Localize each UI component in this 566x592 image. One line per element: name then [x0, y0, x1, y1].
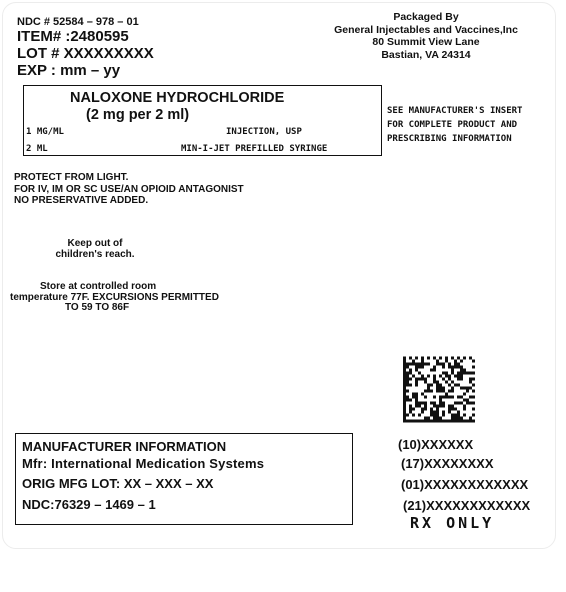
keep-out-line: children's reach. — [40, 249, 150, 260]
keep-out-line: Keep out of — [40, 238, 150, 249]
insert-note: SEE MANUFACTURER'S INSERT FOR COMPLETE P… — [387, 104, 522, 146]
insert-note-line: SEE MANUFACTURER'S INSERT — [387, 104, 522, 118]
packager-info: Packaged By General Injectables and Vacc… — [318, 11, 534, 61]
drug-device: MIN-I-JET PREFILLED SYRINGE — [181, 144, 327, 154]
gs1-serial: (21)XXXXXXXXXXXX — [403, 496, 530, 515]
manufacturer-info-box: MANUFACTURER INFORMATION Mfr: Internatio… — [15, 433, 353, 525]
manufacturer-name: Mfr: International Medication Systems — [22, 456, 264, 471]
packager-street: 80 Summit View Lane — [318, 36, 534, 49]
gs1-gtin: (01)XXXXXXXXXXXX — [401, 475, 530, 494]
drug-form: INJECTION, USP — [226, 127, 302, 137]
storage-line: Store at controlled room — [10, 282, 260, 293]
insert-note-line: PRESCRIBING INFORMATION — [387, 132, 522, 146]
packager-heading: Packaged By — [318, 11, 534, 24]
expiration-date: EXP : mm – yy — [17, 62, 120, 79]
drug-volume: 2 ML — [26, 144, 48, 154]
drug-strength: (2 mg per 2 ml) — [86, 107, 189, 123]
warning-line: PROTECT FROM LIGHT. — [14, 172, 244, 184]
manufacturer-ndc: NDC:76329 – 1469 – 1 — [22, 497, 156, 512]
rx-only: RX ONLY — [410, 514, 494, 532]
storage-line: TO 59 TO 86F — [10, 303, 260, 314]
drug-name: NALOXONE HYDROCHLORIDE — [70, 90, 284, 106]
insert-note-line: FOR COMPLETE PRODUCT AND — [387, 118, 522, 132]
warning-line: NO PRESERVATIVE ADDED. — [14, 195, 244, 207]
lot-number: LOT # XXXXXXXXX — [17, 45, 154, 62]
warning-line: FOR IV, IM OR SC USE/AN OPIOID ANTAGONIS… — [14, 184, 244, 196]
drug-info-box: NALOXONE HYDROCHLORIDE (2 mg per 2 ml) 1… — [23, 85, 382, 156]
drug-concentration: 1 MG/ML — [26, 127, 64, 137]
gs1-identifiers: (10)XXXXXX (17)XXXXXXXX (01)XXXXXXXXXXXX… — [398, 435, 530, 515]
ndc-number: NDC # 52584 – 978 – 01 — [17, 16, 139, 28]
storage-line: temperature 77F. EXCURSIONS PERMITTED — [10, 293, 260, 304]
original-mfg-lot: ORIG MFG LOT: XX – XXX – XX — [22, 476, 213, 491]
storage-instructions: Store at controlled room temperature 77F… — [10, 282, 260, 314]
item-number: ITEM# :2480595 — [17, 28, 129, 45]
gs1-expiry: (17)XXXXXXXX — [401, 454, 530, 473]
gs1-batch: (10)XXXXXX — [398, 435, 530, 454]
packager-city: Bastian, VA 24314 — [318, 49, 534, 62]
warnings: PROTECT FROM LIGHT. FOR IV, IM OR SC USE… — [14, 172, 244, 207]
packager-name: General Injectables and Vaccines,Inc — [318, 24, 534, 37]
manufacturer-title: MANUFACTURER INFORMATION — [22, 439, 226, 454]
datamatrix-barcode-icon — [403, 356, 475, 423]
keep-out-notice: Keep out of children's reach. — [40, 238, 150, 260]
